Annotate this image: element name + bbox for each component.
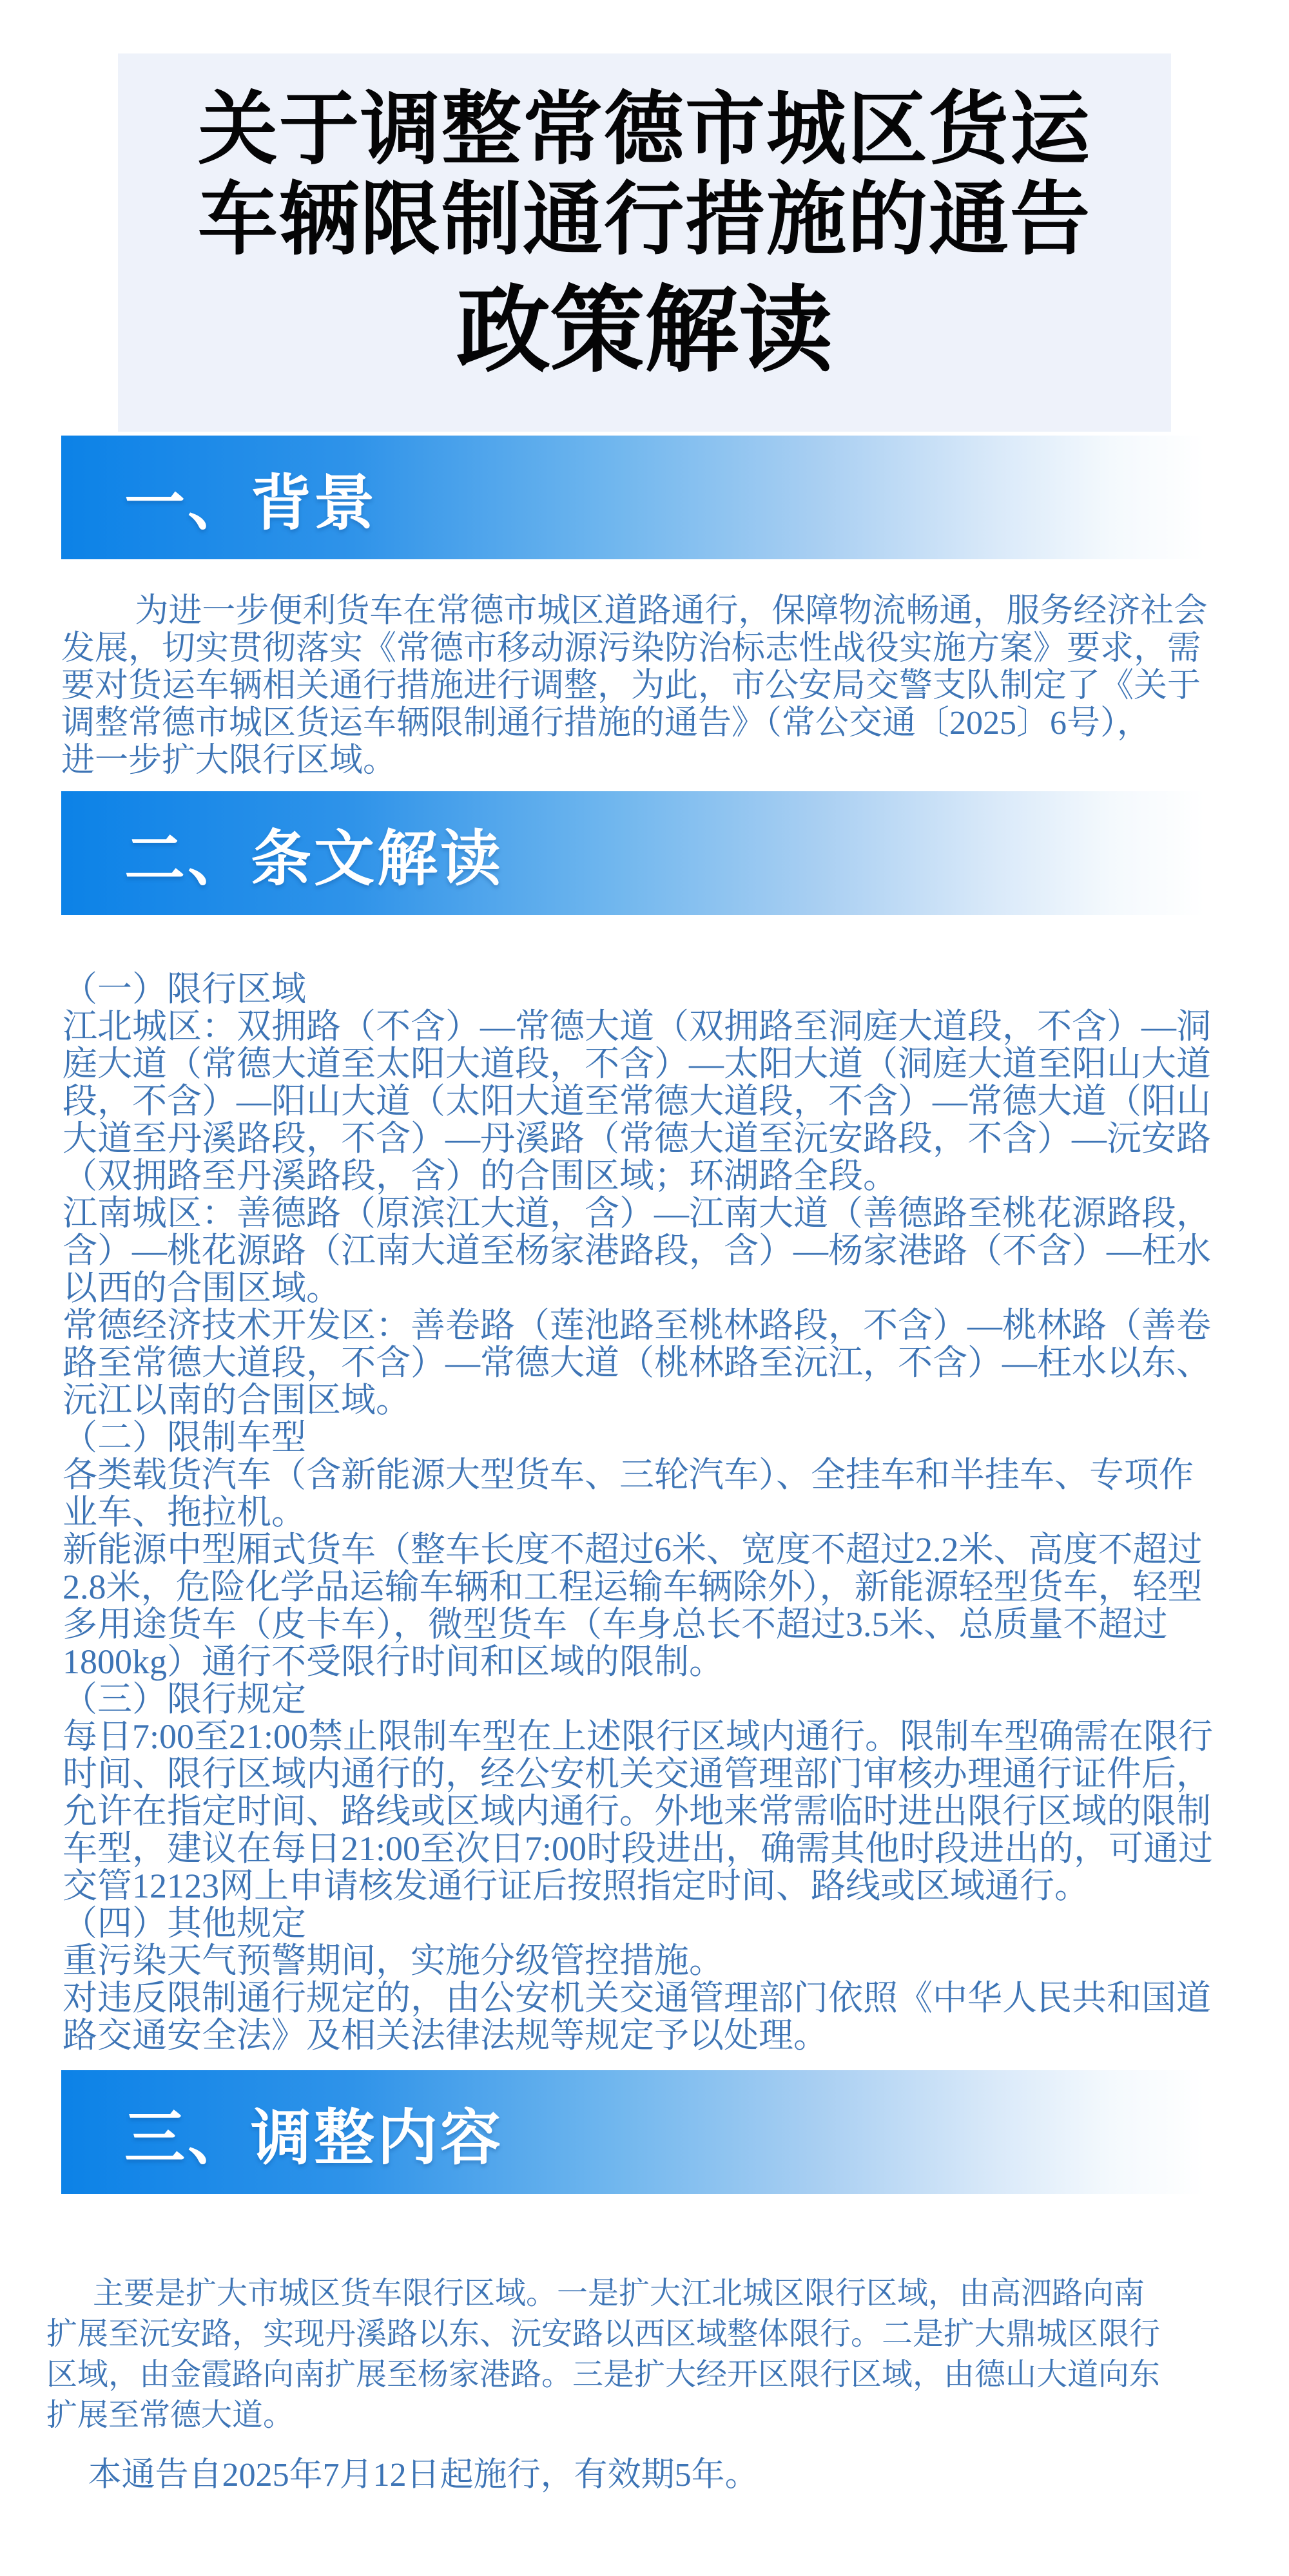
section-heading-interpretation: 二、条文解读 xyxy=(124,810,503,897)
text-line: 沅江以南的合围区域。 xyxy=(63,1381,1242,1419)
text-line: 发展，切实贯彻落实《常德市移动源污染防治标志性战役实施方案》要求，需 xyxy=(61,630,1241,668)
title-card: 关于调整常德市城区货运 车辆限制通行措施的通告 政策解读 xyxy=(118,53,1171,432)
section-heading-background: 一、背景 xyxy=(124,454,377,541)
text-line: 扩展至常德大道。 xyxy=(46,2395,1245,2436)
text-line: （二）限制车型 xyxy=(63,1419,1242,1456)
section-heading-adjustment: 三、调整内容 xyxy=(124,2089,503,2176)
section-banner-adjustment: 三、调整内容 xyxy=(61,2070,1228,2194)
effective-date-line: 本通告自2025年7月12日起施行，有效期5年。 xyxy=(61,2456,1241,2495)
policy-poster: 关于调整常德市城区货运 车辆限制通行措施的通告 政策解读 一、背景 为进一步便利… xyxy=(0,0,1289,2576)
adjustment-paragraph: 主要是扩大市城区货车限行区域。一是扩大江北城区限行区域，由高泗路向南扩展至沅安路… xyxy=(46,2273,1245,2436)
notice-title-line2: 车辆限制通行措施的通告 xyxy=(198,175,1091,265)
text-line: （一）限行区域 xyxy=(63,970,1242,1008)
text-line: 江北城区：双拥路（不含）—常德大道（双拥路至洞庭大道段，不含）—洞 xyxy=(63,1008,1242,1045)
text-line: 大道至丹溪路段，不含）—丹溪路（常德大道至沅安路段，不含）—沅安路 xyxy=(63,1120,1242,1157)
text-line: 对违反限制通行规定的，由公安机关交通管理部门依照《中华人民共和国道 xyxy=(63,1979,1242,2017)
section-banner-background: 一、背景 xyxy=(61,436,1228,559)
text-line: 调整常德市城区货运车辆限制通行措施的通告》（常公交通〔2025〕6号）， xyxy=(61,705,1241,742)
text-line: 各类载货汽车（含新能源大型货车、三轮汽车）、全挂车和半挂车、专项作 xyxy=(63,1456,1242,1494)
text-line: 交管12123网上申请核发通行证后按照指定时间、路线或区域通行。 xyxy=(63,1867,1242,1905)
text-line: 业车、拖拉机。 xyxy=(63,1494,1242,1531)
text-line: 多用途货车（皮卡车），微型货车（车身总长不超过3.5米、总质量不超过 xyxy=(63,1606,1242,1643)
text-line: 每日7:00至21:00禁止限制车型在上述限行区域内通行。限制车型确需在限行 xyxy=(63,1718,1242,1755)
text-line: 含）—桃花源路（江南大道至杨家港路段，含）—杨家港路（不含）—枉水 xyxy=(63,1232,1242,1269)
text-line: 扩展至沅安路，实现丹溪路以东、沅安路以西区域整体限行。二是扩大鼎城区限行 xyxy=(46,2314,1245,2354)
policy-interpretation-subtitle: 政策解读 xyxy=(456,279,833,382)
text-line: 路至常德大道段，不含）—常德大道（桃林路至沅江，不含）—枉水以东、 xyxy=(63,1344,1242,1381)
text-line: 进一步扩大限行区域。 xyxy=(61,742,1241,780)
text-line: 区域，由金霞路向南扩展至杨家港路。三是扩大经开区限行区域，由德山大道向东 xyxy=(46,2354,1245,2395)
text-line: 新能源中型厢式货车（整车长度不超过6米、宽度不超过2.2米、高度不超过 xyxy=(63,1531,1242,1568)
text-line: 路交通安全法》及相关法律法规等规定予以处理。 xyxy=(63,2017,1242,2054)
text-line: 主要是扩大市城区货车限行区域。一是扩大江北城区限行区域，由高泗路向南 xyxy=(46,2273,1245,2314)
section-banner-interpretation: 二、条文解读 xyxy=(61,791,1228,915)
text-line: 要对货运车辆相关通行措施进行调整，为此，市公安局交警支队制定了《关于 xyxy=(61,668,1241,705)
text-line: 车型，建议在每日21:00至次日7:00时段进出，确需其他时段进出的，可通过 xyxy=(63,1830,1242,1867)
text-line: 1800kg）通行不受限行时间和区域的限制。 xyxy=(63,1643,1242,1680)
text-line: 江南城区：善德路（原滨江大道，含）—江南大道（善德路至桃花源路段， xyxy=(63,1195,1242,1232)
text-line: 段，不含）—阳山大道（太阳大道至常德大道段，不含）—常德大道（阳山 xyxy=(63,1082,1242,1120)
text-line: （双拥路至丹溪路段，含）的合围区域；环湖路全段。 xyxy=(63,1157,1242,1195)
notice-title-line1: 关于调整常德市城区货运 xyxy=(198,84,1091,175)
text-line: 时间、限行区域内通行的，经公安机关交通管理部门审核办理通行证件后， xyxy=(63,1755,1242,1793)
text-line: 以西的合围区域。 xyxy=(63,1269,1242,1307)
text-line: （三）限行规定 xyxy=(63,1680,1242,1718)
text-line: （四）其他规定 xyxy=(63,1905,1242,1942)
text-line: 允许在指定时间、路线或区域内通行。外地来常需临时进出限行区域的限制 xyxy=(63,1793,1242,1830)
text-line: 2.8米，危险化学品运输车辆和工程运输车辆除外），新能源轻型货车，轻型 xyxy=(63,1568,1242,1606)
text-line: 重污染天气预警期间，实施分级管控措施。 xyxy=(63,1942,1242,1979)
text-line: 为进一步便利货车在常德市城区道路通行，保障物流畅通，服务经济社会 xyxy=(61,593,1241,630)
text-line: 常德经济技术开发区：善卷路（莲池路至桃林路段，不含）—桃林路（善卷 xyxy=(63,1307,1242,1344)
background-paragraph: 为进一步便利货车在常德市城区道路通行，保障物流畅通，服务经济社会发展，切实贯彻落… xyxy=(61,593,1241,780)
text-line: 庭大道（常德大道至太阳大道段，不含）—太阳大道（洞庭大道至阳山大道 xyxy=(63,1045,1242,1082)
interpretation-body: （一）限行区域江北城区：双拥路（不含）—常德大道（双拥路至洞庭大道段，不含）—洞… xyxy=(63,970,1242,2054)
